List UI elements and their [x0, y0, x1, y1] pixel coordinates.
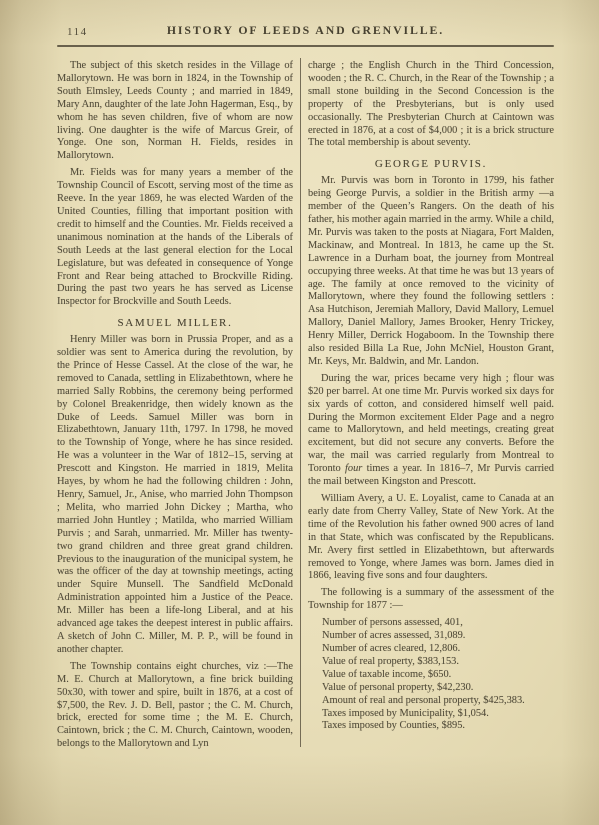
assessment-item: Taxes imposed by Counties, $895. [308, 720, 554, 733]
paragraph: The Township contains eight churches, vi… [57, 661, 293, 751]
column-divider [300, 58, 301, 747]
paragraph: Henry Miller was born in Prussia Proper,… [57, 334, 293, 657]
text-columns: The subject of this sketch resides in th… [57, 56, 554, 755]
assessment-item: Value of personal property, $42,230. [308, 682, 554, 695]
paragraph: Mr. Purvis was born in Toronto in 1799, … [308, 175, 554, 369]
assessment-item: Taxes imposed by Municipality, $1,054. [308, 708, 554, 721]
running-header-title: HISTORY OF LEEDS AND GRENVILLE. [57, 23, 554, 38]
page-header: 114 HISTORY OF LEEDS AND GRENVILLE. [57, 23, 554, 42]
paragraph: During the war, prices became very high … [308, 373, 554, 489]
right-column: charge ; the English Church in the Third… [308, 56, 554, 755]
left-column: The subject of this sketch resides in th… [57, 56, 293, 755]
paragraph: William Avery, a U. E. Loyalist, came to… [308, 493, 554, 583]
section-heading: GEORGE PURVIS. [308, 158, 554, 171]
header-rule [57, 45, 554, 47]
assessment-item: Number of persons assessed, 401, [308, 617, 554, 630]
page: 114 HISTORY OF LEEDS AND GRENVILLE. The … [0, 0, 599, 825]
assessment-item: Value of taxable income, $650. [308, 669, 554, 682]
assessment-list: Number of persons assessed, 401,Number o… [308, 617, 554, 733]
page-number: 114 [67, 26, 88, 38]
assessment-item: Value of real property, $383,153. [308, 656, 554, 669]
book-page-scan: 114 HISTORY OF LEEDS AND GRENVILLE. The … [0, 0, 599, 825]
assessment-item: Number of acres assessed, 31,089. [308, 630, 554, 643]
paragraph: Mr. Fields was for many years a member o… [57, 167, 293, 309]
assessment-item: Number of acres cleared, 12,806. [308, 643, 554, 656]
paragraph: The subject of this sketch resides in th… [57, 60, 293, 163]
paragraph: charge ; the English Church in the Third… [308, 60, 554, 150]
section-heading: SAMUEL MILLER. [57, 317, 293, 330]
paragraph: The following is a summary of the assess… [308, 587, 554, 613]
assessment-item: Amount of real and personal property, $4… [308, 695, 554, 708]
